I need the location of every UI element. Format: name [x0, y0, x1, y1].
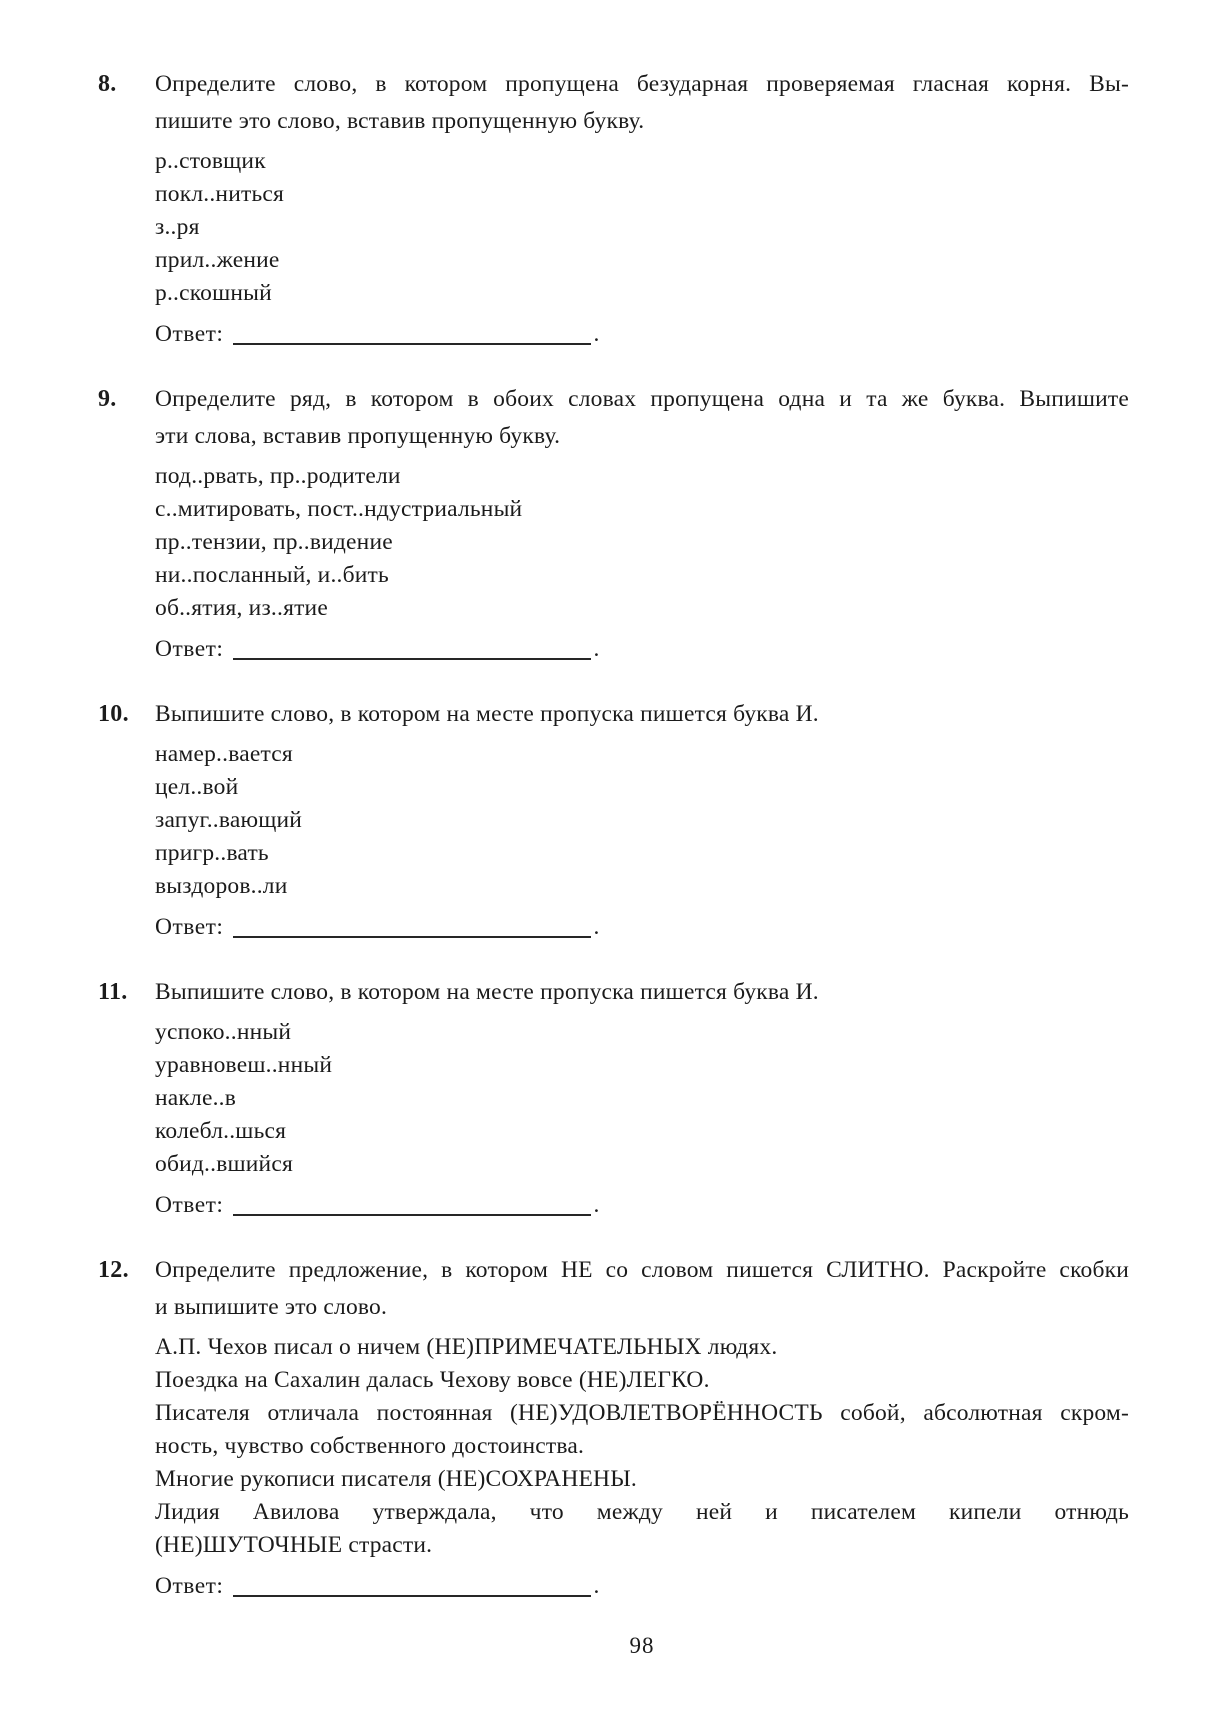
answer-label: Ответ: [155, 1573, 223, 1599]
answer-blank-line [233, 1577, 591, 1597]
question-number: 10. [98, 696, 155, 940]
answer-blank-line [233, 325, 591, 345]
option-list: р..стовщик покл..ниться з..ря прил..жени… [155, 145, 1129, 310]
answer-row: Ответ:. [155, 1192, 1129, 1218]
answer-row: Ответ:. [155, 321, 1129, 347]
option-list: успоко..нный уравновеш..нный накле..в ко… [155, 1016, 1129, 1181]
prompt-line: Определите ряд, в котором в обоих словах… [155, 381, 1129, 418]
option-item: обид..вшийся [155, 1148, 1129, 1181]
sentence: Поездка на Сахалин далась Чехову вовсе (… [155, 1364, 1129, 1397]
answer-row: Ответ:. [155, 636, 1129, 662]
question-prompt: Выпишите слово, в котором на месте пропу… [155, 696, 1129, 733]
answer-terminator: . [593, 1192, 599, 1218]
answer-label: Ответ: [155, 636, 223, 662]
sentence: А.П. Чехов писал о ничем (НЕ)ПРИМЕЧАТЕЛЬ… [155, 1331, 1129, 1364]
answer-blank-line [233, 918, 591, 938]
answer-row: Ответ:. [155, 914, 1129, 940]
prompt-line: Определите предложение, в котором НЕ со … [155, 1252, 1129, 1289]
prompt-line: Выпишите слово, в котором на месте пропу… [155, 974, 1129, 1011]
option-item: накле..в [155, 1082, 1129, 1115]
option-item: прил..жение [155, 244, 1129, 277]
prompt-line: Определите слово, в котором пропущена бе… [155, 66, 1129, 103]
option-item: об..ятия, из..ятие [155, 592, 1129, 625]
answer-label: Ответ: [155, 321, 223, 347]
sentence: Лидия Авилова утверждала, что между ней … [155, 1496, 1129, 1562]
answer-blank-line [233, 1196, 591, 1216]
question-prompt: Определите ряд, в котором в обоих словах… [155, 381, 1129, 455]
sentence: Многие рукописи писателя (НЕ)СОХРАНЕНЫ. [155, 1463, 1129, 1496]
question-9: 9. Определите ряд, в котором в обоих сло… [98, 381, 1129, 662]
option-list: намер..вается цел..вой запуг..вающий при… [155, 738, 1129, 903]
answer-blank-line [233, 640, 591, 660]
sentence-line: Поездка на Сахалин далась Чехову вовсе (… [155, 1364, 1129, 1397]
question-number: 11. [98, 974, 155, 1218]
option-item: намер..вается [155, 738, 1129, 771]
question-number: 8. [98, 66, 155, 347]
sentence-line: ность, чувство собственного достоинства. [155, 1430, 1129, 1463]
page-number: 98 [155, 1633, 1129, 1659]
option-item: с..митировать, пост..ндустриальный [155, 493, 1129, 526]
question-8: 8. Определите слово, в котором пропущена… [98, 66, 1129, 347]
question-prompt: Определите предложение, в котором НЕ со … [155, 1252, 1129, 1326]
option-item: цел..вой [155, 771, 1129, 804]
option-item: пр..тензии, пр..видение [155, 526, 1129, 559]
option-item: под..рвать, пр..родители [155, 460, 1129, 493]
option-item: уравновеш..нный [155, 1049, 1129, 1082]
sentence-line: Лидия Авилова утверждала, что между ней … [155, 1496, 1129, 1529]
option-item: р..стовщик [155, 145, 1129, 178]
sentence-line: (НЕ)ШУТОЧНЫЕ страсти. [155, 1529, 1129, 1562]
option-item: з..ря [155, 211, 1129, 244]
answer-label: Ответ: [155, 1192, 223, 1218]
option-item: колебл..шься [155, 1115, 1129, 1148]
prompt-line: пишите это слово, вставив пропущенную бу… [155, 103, 1129, 140]
option-item: ни..посланный, и..бить [155, 559, 1129, 592]
question-number: 12. [98, 1252, 155, 1599]
option-item: покл..ниться [155, 178, 1129, 211]
option-list: под..рвать, пр..родители с..митировать, … [155, 460, 1129, 625]
option-item: пригр..вать [155, 837, 1129, 870]
answer-terminator: . [593, 636, 599, 662]
answer-terminator: . [593, 321, 599, 347]
answer-row: Ответ:. [155, 1573, 1129, 1599]
question-prompt: Выпишите слово, в котором на месте пропу… [155, 974, 1129, 1011]
prompt-line: эти слова, вставив пропущенную букву. [155, 418, 1129, 455]
sentence-line: Писателя отличала постоянная (НЕ)УДОВЛЕТ… [155, 1397, 1129, 1430]
option-item: выздоров..ли [155, 870, 1129, 903]
sentence-line: А.П. Чехов писал о ничем (НЕ)ПРИМЕЧАТЕЛЬ… [155, 1331, 1129, 1364]
prompt-line: Выпишите слово, в котором на месте пропу… [155, 696, 1129, 733]
question-11: 11. Выпишите слово, в котором на месте п… [98, 974, 1129, 1218]
answer-terminator: . [593, 914, 599, 940]
sentence: Писателя отличала постоянная (НЕ)УДОВЛЕТ… [155, 1397, 1129, 1463]
option-item: запуг..вающий [155, 804, 1129, 837]
question-12: 12. Определите предложение, в котором НЕ… [98, 1252, 1129, 1599]
sentence-list: А.П. Чехов писал о ничем (НЕ)ПРИМЕЧАТЕЛЬ… [155, 1331, 1129, 1562]
option-item: успоко..нный [155, 1016, 1129, 1049]
question-number: 9. [98, 381, 155, 662]
document-page: 8. Определите слово, в котором пропущена… [0, 0, 1229, 1712]
prompt-line: и выпишите это слово. [155, 1289, 1129, 1326]
question-10: 10. Выпишите слово, в котором на месте п… [98, 696, 1129, 940]
question-prompt: Определите слово, в котором пропущена бе… [155, 66, 1129, 140]
answer-terminator: . [593, 1573, 599, 1599]
sentence-line: Многие рукописи писателя (НЕ)СОХРАНЕНЫ. [155, 1463, 1129, 1496]
answer-label: Ответ: [155, 914, 223, 940]
option-item: р..скошный [155, 277, 1129, 310]
